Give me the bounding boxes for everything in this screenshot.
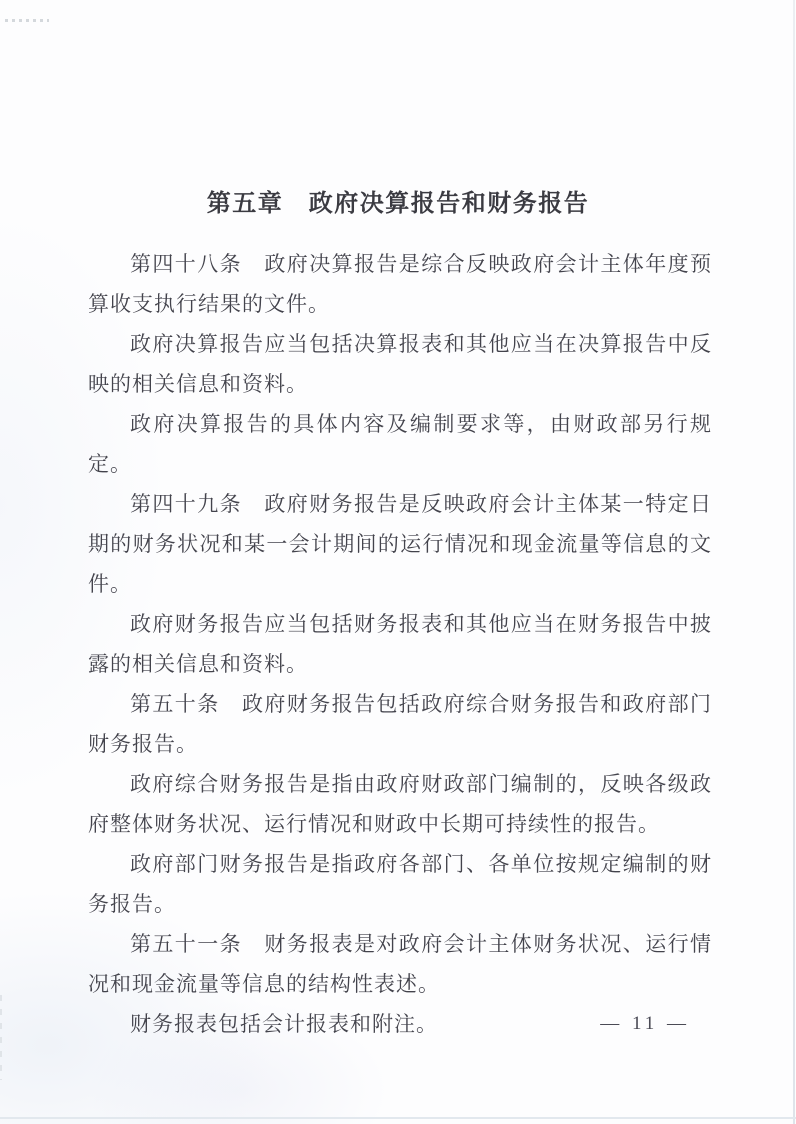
scan-edge-right-artifact — [793, 0, 795, 1124]
paragraph: 政府综合财务报告是指由政府财政部门编制的，反映各级政府整体财务状况、运行情况和财… — [88, 764, 712, 844]
paragraph-article-48: 第四十八条 政府决算报告是综合反映政府会计主体年度预算收支执行结果的文件。 — [88, 244, 712, 324]
scan-smudge-artifact — [5, 19, 49, 22]
scan-edge-bottom-artifact — [0, 1117, 796, 1119]
paragraph: 政府财务报告应当包括财务报表和其他应当在财务报告中披露的相关信息和资料。 — [88, 604, 712, 684]
page-number: — 11 — — [600, 1013, 690, 1035]
document-page: 第五章 政府决算报告和财务报告 第四十八条 政府决算报告是综合反映政府会计主体年… — [0, 0, 796, 1124]
paragraph-article-49: 第四十九条 政府财务报告是反映政府会计主体某一特定日期的财务状况和某一会计期间的… — [88, 484, 712, 604]
paragraph-article-51: 第五十一条 财务报表是对政府会计主体财务状况、运行情况和现金流量等信息的结构性表… — [88, 924, 712, 1004]
document-body: 第四十八条 政府决算报告是综合反映政府会计主体年度预算收支执行结果的文件。 政府… — [88, 244, 712, 1044]
chapter-title: 第五章 政府决算报告和财务报告 — [0, 183, 796, 218]
paragraph-article-50: 第五十条 政府财务报告包括政府综合财务报告和政府部门财务报告。 — [88, 684, 712, 764]
scan-edge-left-artifact — [0, 995, 2, 1080]
paragraph: 政府决算报告应当包括决算报表和其他应当在决算报告中反映的相关信息和资料。 — [88, 324, 712, 404]
paragraph: 政府部门财务报告是指政府各部门、各单位按规定编制的财务报告。 — [88, 844, 712, 924]
paragraph: 政府决算报告的具体内容及编制要求等，由财政部另行规定。 — [88, 404, 712, 484]
